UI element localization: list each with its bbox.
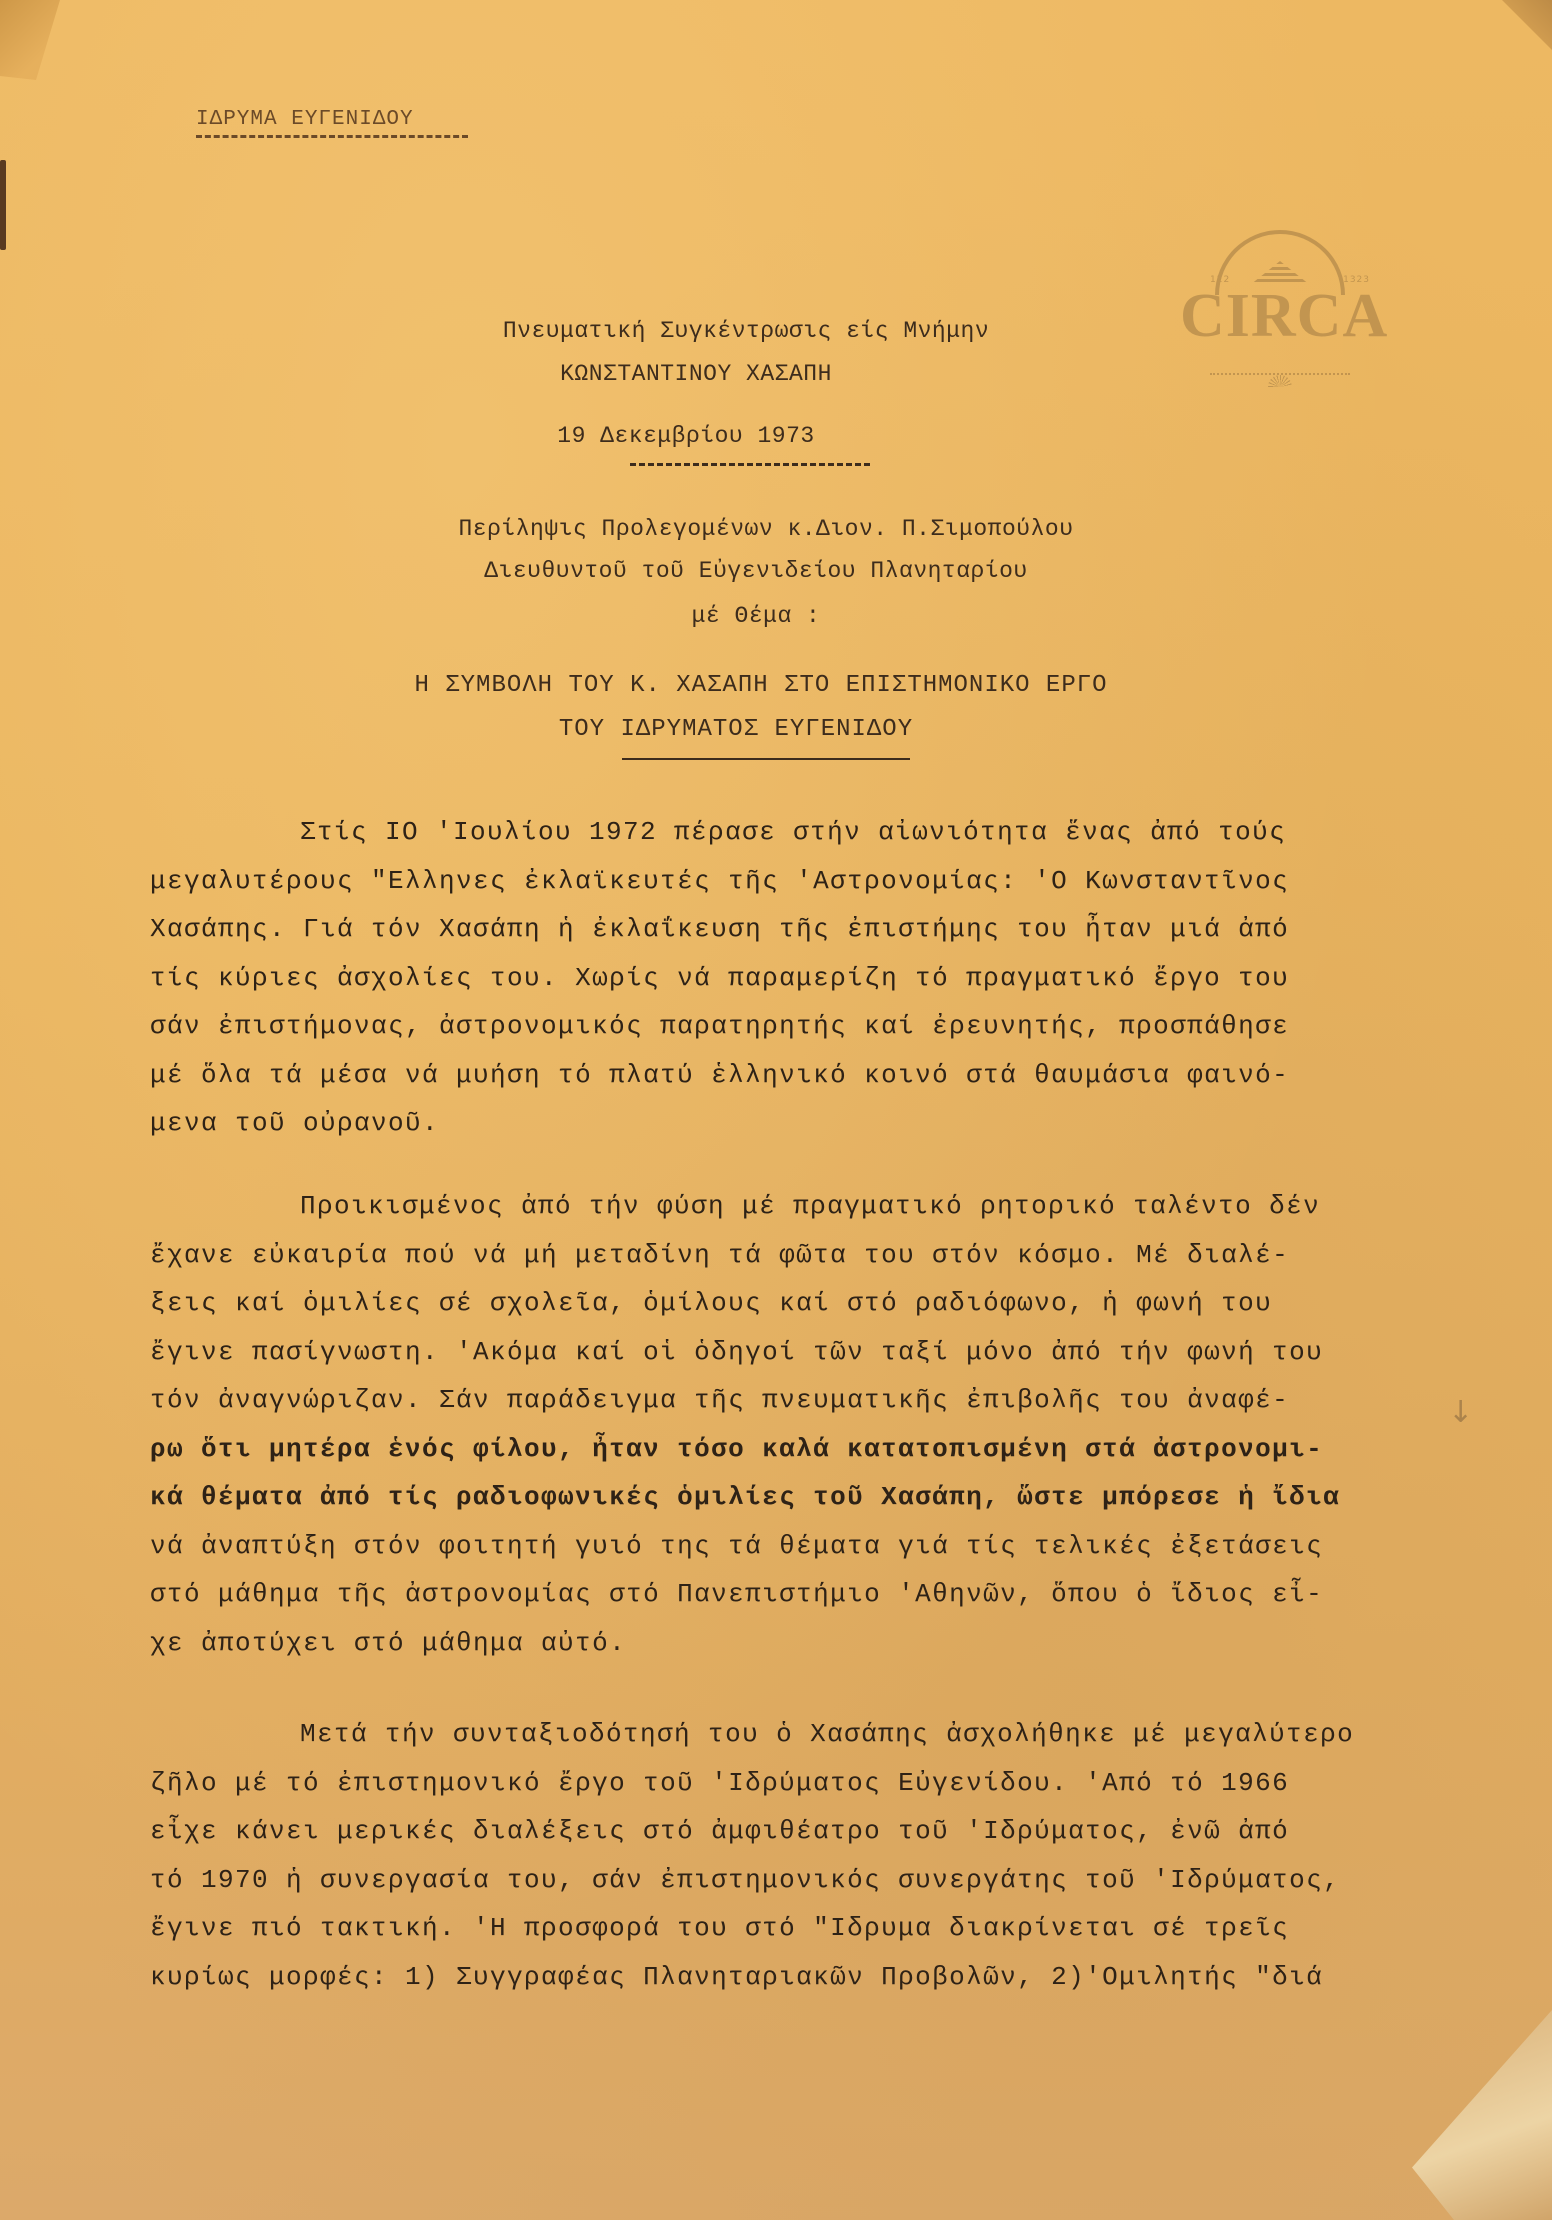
date-underline <box>630 463 870 466</box>
paragraph-line: Χασάπης. Γιά τόν Χασάπη ἡ ἐκλαΐκευση τῆς… <box>150 905 1440 954</box>
title-underline <box>622 758 910 760</box>
paragraph-3: Μετά τήν συνταξιοδότησή του ὁ Χασάπης ἀσ… <box>150 1710 1440 2001</box>
paragraph-line: κά θέματα ἀπό τίς ραδιοφωνικές ὁμιλίες τ… <box>150 1473 1440 1522</box>
paragraph-2: Προικισμένος ἀπό τήν φύση μέ πραγματικό … <box>150 1182 1440 1667</box>
paragraph-line: ἔχανε εὐκαιρία πού νά μή μεταδίνη τά φῶτ… <box>150 1231 1440 1280</box>
summary-line-1: Περίληψις Προλεγομένων κ.Διον. Π.Σιμοπού… <box>0 516 1542 542</box>
paragraph-line: χε ἀποτύχει στό μάθημα αὐτό. <box>150 1619 1440 1668</box>
paragraph-1: Στίς ΙΟ 'Ιουλίου 1972 πέρασε στήν αἰωνιό… <box>150 808 1440 1148</box>
paragraph-line: Προικισμένος ἀπό τήν φύση μέ πραγματικό … <box>150 1182 1440 1231</box>
paragraph-line: τό 1970 ἡ συνεργασία του, σάν ἐπιστημονι… <box>150 1856 1440 1905</box>
heading-name: ΚΩΝΣΤΑΝΤΙΝΟΥ ΧΑΣΑΠΗ <box>0 361 1472 387</box>
pencil-arrow-icon: ↓ <box>1448 1395 1472 1445</box>
paragraph-line: μενα τοῦ οὐρανοῦ. <box>150 1099 1440 1148</box>
paragraph-line: ζῆλο μέ τό ἐπιστημονικό ἔργο τοῦ 'Ιδρύμα… <box>150 1759 1440 1808</box>
summary-line-3: μέ Θέμα : <box>0 603 1532 629</box>
paragraph-line: τίς κύριες ἀσχολίες του. Χωρίς νά παραμε… <box>150 954 1440 1003</box>
organization-underline <box>196 135 468 138</box>
paragraph-line: τόν ἀναγνώριζαν. Σάν παράδειγμα τῆς πνευ… <box>150 1376 1440 1425</box>
organization-header: ΙΔΡΥΜΑ ΕΥΓΕΝΙΔΟΥ <box>196 108 468 138</box>
paragraph-line: σάν ἐπιστήμονας, ἀστρονομικός παρατηρητή… <box>150 1002 1440 1051</box>
paragraph-line: ξεις καί ὁμιλίες σέ σχολεῖα, ὁμίλους καί… <box>150 1279 1440 1328</box>
paragraph-line: μεγαλυτέρους "Ελληνες ἐκλαϊκευτές τῆς 'Α… <box>150 857 1440 906</box>
paragraph-line: ρω ὅτι μητέρα ἑνός φίλου, ἦταν τόσο καλά… <box>150 1425 1440 1474</box>
paragraph-line: Μετά τήν συνταξιοδότησή του ὁ Χασάπης ἀσ… <box>150 1710 1440 1759</box>
paragraph-line: στό μάθημα τῆς ἀστρονομίας στό Πανεπιστή… <box>150 1570 1440 1619</box>
paragraph-line: ἔγινε πιό τακτική. 'Η προσφορά του στό "… <box>150 1904 1440 1953</box>
paragraph-line: νά ἀναπτύξη στόν φοιτητή γυιό της τά θέμ… <box>150 1522 1440 1571</box>
summary-line-2: Διευθυντοῦ τοῦ Εὐγενιδείου Πλανηταρίου <box>0 558 1532 584</box>
title-line-1: Η ΣΥΜΒΟΛΗ ΤΟΥ Κ. ΧΑΣΑΠΗ ΣΤΟ ΕΠΙΣΤΗΜΟΝΙΚΟ… <box>0 672 1537 699</box>
heading-date: 19 Δεκεμβρίου 1973 <box>0 423 1462 449</box>
paragraph-line: ἔγινε πασίγνωστη. 'Ακόμα καί οἱ ὁδηγοί τ… <box>150 1328 1440 1377</box>
paragraph-line: κυρίως μορφές: 1) Συγγραφέας Πλανηταριακ… <box>150 1953 1440 2002</box>
heading-line-1: Πνευματική Συγκέντρωσις είς Μνήμην <box>0 318 1522 344</box>
paragraph-line: Στίς ΙΟ 'Ιουλίου 1972 πέρασε στήν αἰωνιό… <box>150 808 1440 857</box>
organization-name: ΙΔΡΥΜΑ ΕΥΓΕΝΙΔΟΥ <box>196 108 414 131</box>
paragraph-line: εἶχε κάνει μερικές διαλέξεις στό ἀμφιθέα… <box>150 1807 1440 1856</box>
title-line-2: ΤΟΥ ΙΔΡΥΜΑΤΟΣ ΕΥΓΕΝΙΔΟΥ <box>0 716 1512 743</box>
paragraph-line: μέ ὅλα τά μέσα νά μυήση τό πλατύ ἑλληνικ… <box>150 1051 1440 1100</box>
binder-mark <box>0 160 6 250</box>
